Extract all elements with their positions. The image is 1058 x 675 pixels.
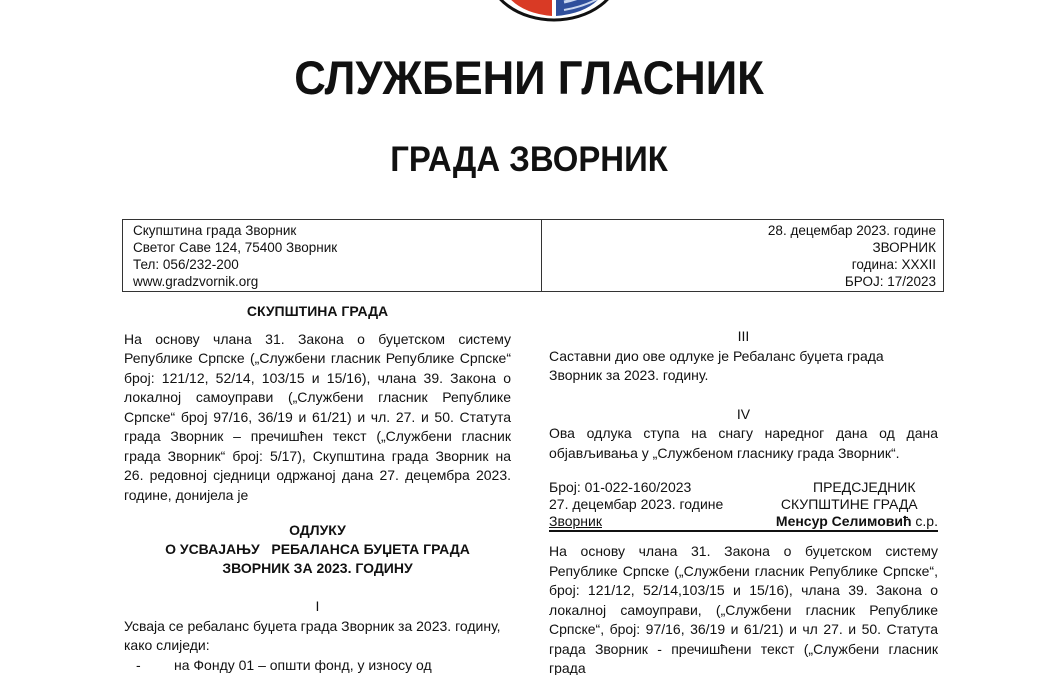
signatory-role: СКУПШТИНЕ ГРАДА [751, 496, 938, 513]
signature-block: Број: 01-022-160/2023 ПРЕДСЈЕДНИК 27. де… [549, 479, 938, 532]
publisher-info: Скупштина града Зворник Светог Саве 124,… [123, 220, 542, 291]
signatory-role: ПРЕДСЈЕДНИК [751, 479, 938, 496]
gazette-subtitle: ГРАДА ЗВОРНИК [32, 135, 1027, 185]
list-item: - на Фонду 01 – општи фонд, у износу од [124, 656, 511, 675]
signatory-name: Менсур Селимовић с.р. [751, 513, 938, 531]
issue-header-box: Скупштина града Зворник Светог Саве 124,… [122, 219, 944, 292]
issue-city: ЗВОРНИК [542, 239, 936, 256]
preamble-text: На основу члана 31. Закона о буџетском с… [124, 330, 511, 506]
left-column: СКУПШТИНА ГРАДА На основу члана 31. Зако… [124, 302, 511, 675]
section-heading: СКУПШТИНА ГРАДА [124, 302, 511, 322]
issue-year: година: XXXII [542, 256, 936, 273]
coat-of-arms-icon [484, 0, 624, 22]
article-text: Усваја се ребаланс буџета града Зворник … [124, 617, 511, 656]
document-number: Број: 01-022-160/2023 [549, 479, 751, 496]
preamble-text: На основу члана 31. Закона о буџетском с… [549, 542, 938, 675]
dash-bullet: - [136, 656, 174, 675]
publisher-phone: Тел: 056/232-200 [133, 256, 541, 273]
decision-title-line: О УСВАЈАЊУ РЕБАЛАНСА БУЏЕТА ГРАДА [124, 540, 511, 559]
decision-title: ОДЛУКУ О УСВАЈАЊУ РЕБАЛАНСА БУЏЕТА ГРАДА… [124, 521, 511, 578]
issue-date: 28. децембар 2023. године [542, 222, 936, 239]
document-place: Зворник [549, 513, 751, 531]
article-number: I [124, 597, 511, 617]
decision-title-line: ОДЛУКУ [124, 521, 511, 540]
document-date: 27. децембар 2023. године [549, 496, 751, 513]
list-item-text: на Фонду 01 – општи фонд, у износу од [174, 656, 432, 675]
publisher-website[interactable]: www.gradzvornik.org [133, 273, 541, 290]
article-number: III [549, 327, 938, 347]
article-number: IV [549, 405, 938, 425]
gazette-title: СЛУЖБЕНИ ГЛАСНИК [37, 48, 1021, 108]
right-column: III Саставни дио ове одлуке је Ребаланс … [549, 327, 938, 675]
article-text: Саставни дио ове одлуке је Ребаланс буџе… [549, 347, 938, 386]
issue-info: 28. децембар 2023. године ЗВОРНИК година… [542, 220, 943, 291]
issue-number: БРОЈ: 17/2023 [542, 273, 936, 290]
article-text: Ова одлука ступа на снагу наредног дана … [549, 424, 938, 463]
publisher-name: Скупштина града Зворник [133, 222, 541, 239]
decision-title-line: ЗВОРНИК ЗА 2023. ГОДИНУ [124, 559, 511, 578]
publisher-address: Светог Саве 124, 75400 Зворник [133, 239, 541, 256]
